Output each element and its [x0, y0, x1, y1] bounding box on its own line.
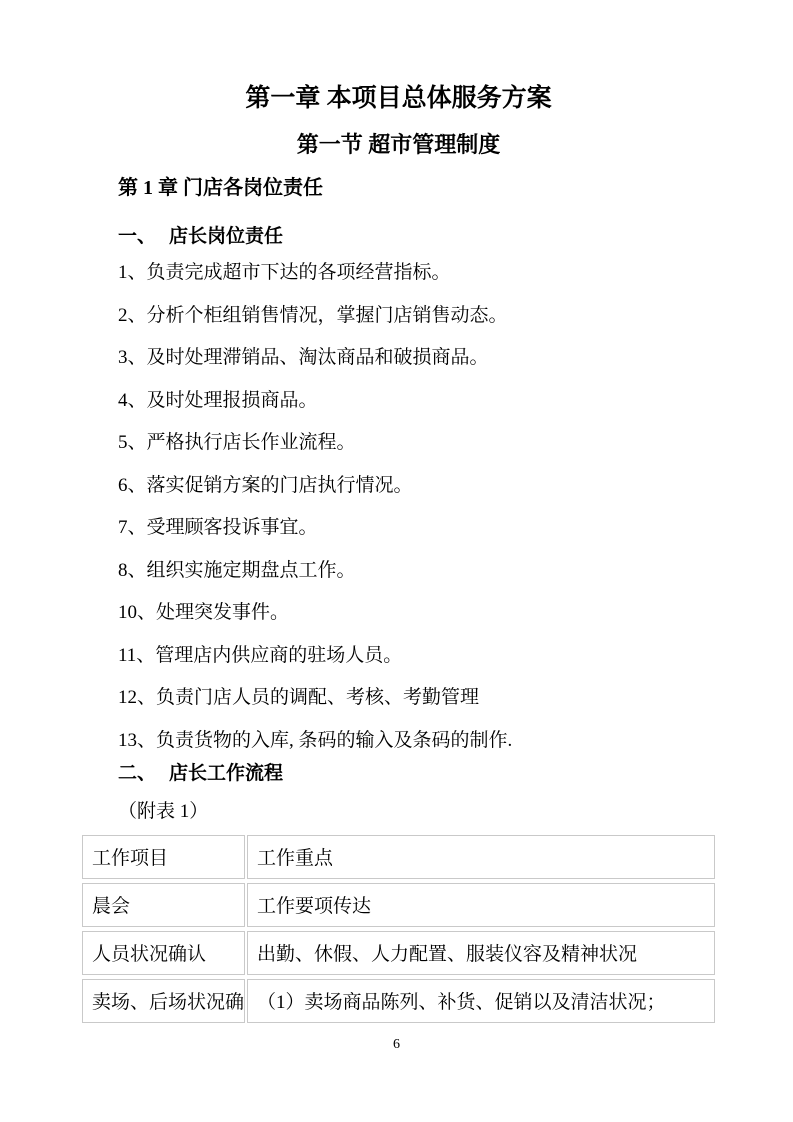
section-1-marker: 一、: [118, 226, 156, 247]
section-2-label: 店长工作流程: [169, 763, 283, 784]
table-cell: 工作要项传达: [247, 883, 715, 927]
document-title: 第一章 本项目总体服务方案: [82, 85, 715, 113]
table-row: 晨会 工作要项传达: [82, 883, 715, 927]
table-header-cell-focus: 工作重点: [247, 835, 715, 879]
table-caption: （附表 1）: [118, 800, 715, 823]
table-row: 人员状况确认 出勤、休假、人力配置、服装仪容及精神状况: [82, 931, 715, 975]
list-item-8: 8、组织实施定期盘点工作。: [118, 559, 715, 582]
section-heading-2: 二、店长工作流程: [118, 762, 715, 785]
chapter-heading: 第 1 章 门店各岗位责任: [118, 176, 715, 200]
list-item-3: 3、及时处理滞销品、淘汰商品和破损商品。: [118, 346, 715, 369]
duty-list: 1、负责完成超市下达的各项经营指标。 2、分析个柜组销售情况，掌握门店销售动态。…: [118, 261, 715, 752]
list-item-1: 1、负责完成超市下达的各项经营指标。: [118, 261, 715, 284]
table-cell: 出勤、休假、人力配置、服装仪容及精神状况: [247, 931, 715, 975]
document-page: 第一章 本项目总体服务方案 第一节 超市管理制度 第 1 章 门店各岗位责任 一…: [0, 0, 793, 1122]
list-item-7: 7、受理顾客投诉事宜。: [118, 516, 715, 539]
table-header-row: 工作项目 工作重点: [82, 835, 715, 879]
section-1-label: 店长岗位责任: [169, 226, 283, 247]
table-header-cell-item: 工作项目: [82, 835, 245, 879]
list-item-5: 5、严格执行店长作业流程。: [118, 431, 715, 454]
list-item-2: 2、分析个柜组销售情况，掌握门店销售动态。: [118, 304, 715, 327]
list-item-10: 10、处理突发事件。: [118, 601, 715, 624]
section-heading-1: 一、店长岗位责任: [118, 225, 715, 248]
list-item-4: 4、及时处理报损商品。: [118, 389, 715, 412]
list-item-13: 13、负责货物的入库, 条码的输入及条码的制作.: [118, 729, 715, 752]
table-cell: 人员状况确认: [82, 931, 245, 975]
page-number: 6: [0, 1037, 793, 1053]
list-item-11: 11、管理店内供应商的驻场人员。: [118, 644, 715, 667]
table-row: 卖场、后场状况确 （1）卖场商品陈列、补货、促销以及清洁状况；: [82, 979, 715, 1023]
table-cell: 卖场、后场状况确: [82, 979, 245, 1023]
table-cell: （1）卖场商品陈列、补货、促销以及清洁状况；: [247, 979, 715, 1023]
table-cell: 晨会: [82, 883, 245, 927]
work-flow-table: 工作项目 工作重点 晨会 工作要项传达 人员状况确认 出勤、休假、人力配置、服装…: [80, 831, 717, 1027]
list-item-6: 6、落实促销方案的门店执行情况。: [118, 474, 715, 497]
document-subtitle: 第一节 超市管理制度: [82, 132, 715, 157]
section-2-marker: 二、: [118, 763, 156, 784]
list-item-12: 12、负责门店人员的调配、考核、考勤管理: [118, 686, 715, 709]
